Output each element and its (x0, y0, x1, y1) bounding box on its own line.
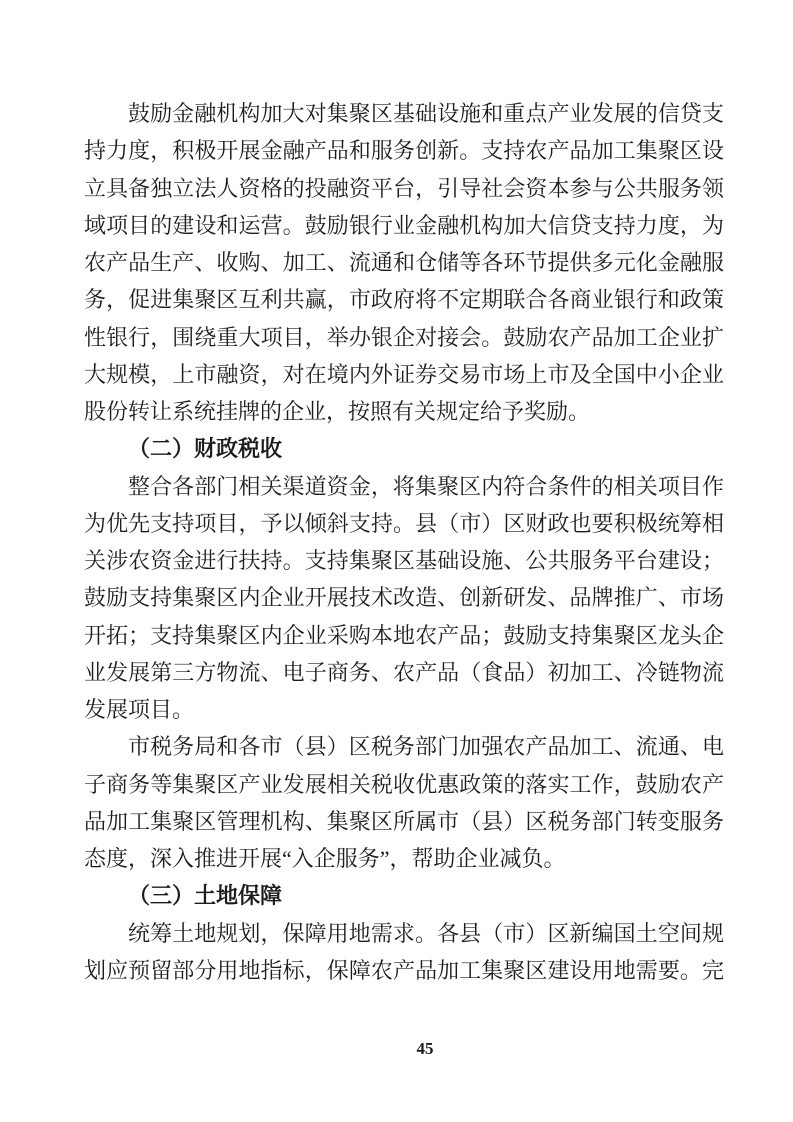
document-page: 鼓励金融机构加大对集聚区基础设施和重点产业发展的信贷支持力度，积极开展金融产品和… (0, 0, 793, 1122)
text-line: 农产品生产、收购、加工、流通和仓储等各环节提供多元化金融服 (84, 244, 724, 281)
text-line: 统筹土地规划，保障用地需求。各县（市）区新编国土空间规 (84, 915, 724, 952)
document-body: 鼓励金融机构加大对集聚区基础设施和重点产业发展的信贷支持力度，积极开展金融产品和… (84, 95, 724, 989)
text-line: 为优先支持项目，予以倾斜支持。县（市）区财政也要积极统筹相 (84, 505, 724, 542)
text-line: 鼓励金融机构加大对集聚区基础设施和重点产业发展的信贷支 (84, 95, 724, 132)
text-line: 发展项目。 (84, 691, 724, 728)
text-line: 股份转让系统挂牌的企业，按照有关规定给予奖励。 (84, 393, 724, 430)
text-line: 鼓励支持集聚区内企业开展技术改造、创新研发、品牌推广、市场 (84, 579, 724, 616)
text-line: 关涉农资金进行扶持。支持集聚区基础设施、公共服务平台建设； (84, 542, 724, 579)
text-line: 市税务局和各市（县）区税务部门加强农产品加工、流通、电 (84, 728, 724, 765)
text-line: 持力度，积极开展金融产品和服务创新。支持农产品加工集聚区设 (84, 132, 724, 169)
text-line: 开拓；支持集聚区内企业采购本地农产品；鼓励支持集聚区龙头企 (84, 617, 724, 654)
page-number: 45 (417, 1039, 434, 1059)
text-line: 域项目的建设和运营。鼓励银行业金融机构加大信贷支持力度，为 (84, 207, 724, 244)
text-line: 整合各部门相关渠道资金，将集聚区内符合条件的相关项目作 (84, 468, 724, 505)
text-line: 划应预留部分用地指标，保障农产品加工集聚区建设用地需要。完 (84, 952, 724, 989)
section-heading: （三）土地保障 (84, 877, 724, 914)
text-line: 子商务等集聚区产业发展相关税收优惠政策的落实工作，鼓励农产 (84, 766, 724, 803)
text-line: 品加工集聚区管理机构、集聚区所属市（县）区税务部门转变服务 (84, 803, 724, 840)
text-line: 立具备独立法人资格的投融资平台，引导社会资本参与公共服务领 (84, 170, 724, 207)
text-line: 业发展第三方物流、电子商务、农产品（食品）初加工、冷链物流 (84, 654, 724, 691)
text-line: 态度，深入推进开展“入企服务”，帮助企业减负。 (84, 840, 724, 877)
text-line: 务，促进集聚区互利共赢，市政府将不定期联合各商业银行和政策 (84, 281, 724, 318)
text-line: 性银行，围绕重大项目，举办银企对接会。鼓励农产品加工企业扩 (84, 319, 724, 356)
text-line: 大规模，上市融资，对在境内外证券交易市场上市及全国中小企业 (84, 356, 724, 393)
section-heading: （二）财政税收 (84, 430, 724, 467)
